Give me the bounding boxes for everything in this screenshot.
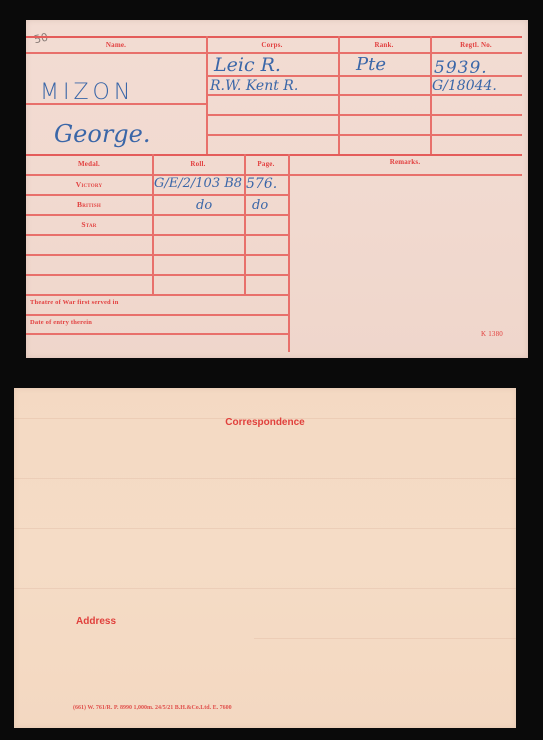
medal-card-front: 50 Name. Corps. Rank. Regtl. No. MIZON G…	[26, 20, 528, 358]
rule-medal-r1	[26, 194, 288, 196]
rule-row2	[206, 94, 522, 96]
regt-no-entry-1: 5939.	[434, 58, 488, 78]
victory-page-entry: 576.	[246, 176, 277, 192]
rule-medal-r4	[26, 254, 288, 256]
victory-roll-entry: G/E/2/103 B8	[154, 176, 242, 191]
theatre-label: Theatre of War first served in	[30, 299, 156, 306]
label-remarks: Remarks.	[288, 158, 522, 166]
british-page-entry: do	[252, 198, 268, 213]
label-page: Page.	[244, 160, 288, 168]
col-page-remarks	[288, 154, 290, 352]
rule-medal-r6	[26, 294, 288, 296]
rule-medal-r5	[26, 274, 288, 276]
surname-entry: MIZON	[40, 80, 134, 105]
medal-victory-label: Victory	[26, 180, 152, 189]
rule-row3	[206, 114, 522, 116]
rule-medal-r7	[26, 314, 288, 316]
label-corps: Corps.	[206, 41, 338, 49]
date-entry-label: Date of entry therein	[30, 319, 156, 326]
medal-card-back: Correspondence Address (661) W. 761/R. P…	[14, 388, 516, 728]
medal-star-label: Star	[26, 220, 152, 229]
regt-no-entry-2: G/18044.	[432, 78, 497, 94]
rule-remarks-header	[288, 174, 522, 176]
rule-top	[26, 36, 522, 38]
printer-imprint: (661) W. 761/R. P. 8990 1,000m. 24/5/21 …	[73, 705, 232, 711]
british-roll-entry: do	[196, 198, 212, 213]
label-name: Name.	[26, 41, 206, 49]
label-medal: Medal.	[26, 160, 152, 168]
correspondence-label: Correspondence	[14, 417, 516, 428]
faint-line	[14, 528, 516, 529]
label-regt-no: Regtl. No.	[430, 41, 522, 49]
col-corps-rank	[338, 36, 340, 154]
forename-entry: George.	[54, 120, 151, 148]
col-medal-roll	[152, 154, 154, 294]
rule-medal-r2	[26, 214, 288, 216]
col-rank-regt	[430, 36, 432, 154]
medal-british-label: British	[26, 200, 152, 209]
corps-entry-1: Leic R.	[214, 54, 281, 76]
faint-line	[254, 638, 516, 639]
label-roll: Roll.	[152, 160, 244, 168]
form-code: K 1380	[462, 330, 522, 338]
rule-medal-r3	[26, 234, 288, 236]
corps-entry-2: R.W. Kent R.	[210, 78, 298, 94]
rule-row4	[206, 134, 522, 136]
col-name-corps	[206, 36, 208, 154]
address-label: Address	[76, 616, 116, 627]
rule-medal-r8	[26, 333, 288, 335]
faint-line	[14, 588, 516, 589]
label-rank: Rank.	[338, 41, 430, 49]
rule-mid	[26, 154, 522, 156]
faint-line	[14, 478, 516, 479]
rank-entry: Pte	[356, 54, 386, 75]
col-roll-page	[244, 154, 246, 294]
